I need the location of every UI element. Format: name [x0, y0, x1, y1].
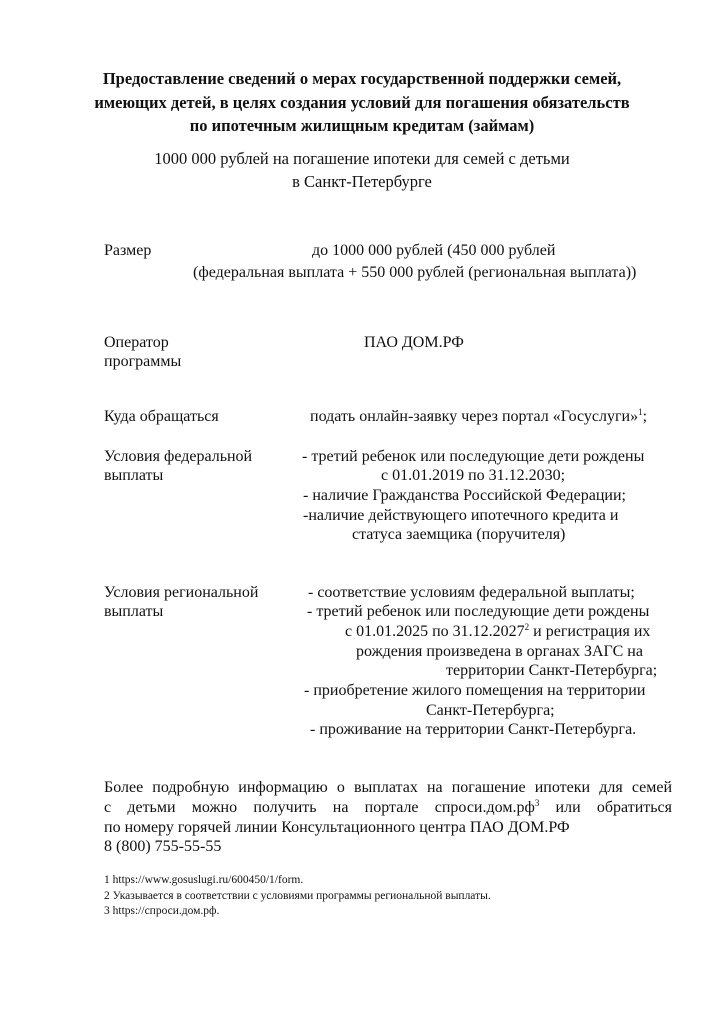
operator-value: ПАО ДОМ.РФ [364, 333, 464, 353]
where-value-end: ; [643, 408, 647, 425]
gosuslugi-link[interactable]: https://www.gosuslugi.ru/600450/1/form [113, 874, 301, 886]
regional-condition-line-5: территории Санкт-Петербурга; [446, 661, 657, 681]
regional-registration-text: и регистрация их [533, 623, 650, 640]
regional-condition-line-8: - проживание на территории Санкт-Петербу… [310, 720, 636, 740]
federal-label-line-2: выплаты [104, 466, 163, 486]
regional-condition-line-3: с 01.01.2025 по 31.12.20272 и регистраци… [345, 622, 650, 642]
federal-condition-line-1: - третий ребенок или последующие дети ро… [302, 447, 644, 467]
regional-condition-line-6: - приобретение жилого помещения на терри… [304, 681, 645, 701]
federal-condition-line-4: -наличие действующего ипотечного кредита… [303, 506, 618, 526]
footnote-2-number: 2 [104, 890, 110, 902]
regional-date-range: с 01.01.2025 по 31.12.2027 [345, 623, 525, 640]
regional-condition-line-2: - третий ребенок или последующие дети ро… [307, 602, 649, 622]
size-value-line-1: до 1000 000 рублей (450 000 рублей [312, 241, 555, 261]
regional-condition-line-4: рождения произведена в органах ЗАГС на [356, 642, 643, 662]
info-line-3: по номеру горячей линии Консультационног… [104, 818, 570, 838]
document-title-line-2: имеющих детей, в целях создания условий … [0, 93, 724, 113]
footnote-2: 2 Указывается в соответствии с условиями… [104, 889, 491, 903]
footnote-1: 1 https://www.gosuslugi.ru/600450/1/form… [104, 873, 303, 887]
regional-label-line-1: Условия региональной [104, 583, 258, 603]
info-portal-text: с детьми можно получить на портале спрос… [104, 799, 535, 816]
document-title-line-1: Предоставление сведений о мерах государс… [0, 69, 724, 89]
footnote-2-text: Указывается в соответствии с условиями п… [113, 890, 491, 902]
footnote-3: 3 https://спроси.дом.рф. [104, 904, 219, 918]
subtitle-line-2: в Санкт-Петербурге [0, 172, 724, 192]
regional-condition-line-1: - соответствие условиям федеральной выпл… [308, 583, 635, 603]
regional-label-line-2: выплаты [104, 602, 163, 622]
regional-condition-line-7: Санкт-Петербурга; [426, 701, 555, 721]
federal-condition-line-5: статуса заемщика (поручителя) [352, 525, 565, 545]
where-label: Куда обращаться [104, 407, 219, 427]
size-label: Размер [104, 241, 151, 261]
hotline-phone[interactable]: 8 (800) 755-55-55 [104, 837, 221, 857]
federal-condition-line-2: с 01.01.2019 по 31.12.2030; [381, 466, 565, 486]
footnote-ref-3[interactable]: 3 [535, 798, 540, 808]
where-value-text: подать онлайн-заявку через портал «Госус… [310, 408, 638, 425]
size-value-line-2: (федеральная выплата + 550 000 рублей (р… [193, 263, 636, 283]
federal-label-line-1: Условия федеральной [104, 447, 252, 467]
info-line-1: Более подробную информацию о выплатах на… [104, 778, 672, 798]
subtitle-line-1: 1000 000 рублей на погашение ипотеки для… [0, 149, 724, 169]
info-line-2: с детьми можно получить на портале спрос… [104, 798, 672, 818]
document-title-line-3: по ипотечным жилищным кредитам (займам) [0, 116, 724, 136]
footnote-ref-2[interactable]: 2 [525, 622, 530, 632]
footnote-3-number: 3 [104, 905, 110, 917]
where-value: подать онлайн-заявку через портал «Госус… [310, 407, 647, 427]
federal-condition-line-3: - наличие Гражданства Российской Федерац… [303, 486, 626, 506]
operator-label-line-1: Оператор [104, 333, 169, 353]
footnote-1-number: 1 [104, 874, 110, 886]
sprosi-dom-rf-link[interactable]: https://спроси.дом.рф. [113, 905, 220, 917]
footnote-1-end: . [300, 874, 303, 886]
operator-label-line-2: программы [104, 352, 181, 372]
info-contact-text: или обратиться [556, 799, 672, 816]
